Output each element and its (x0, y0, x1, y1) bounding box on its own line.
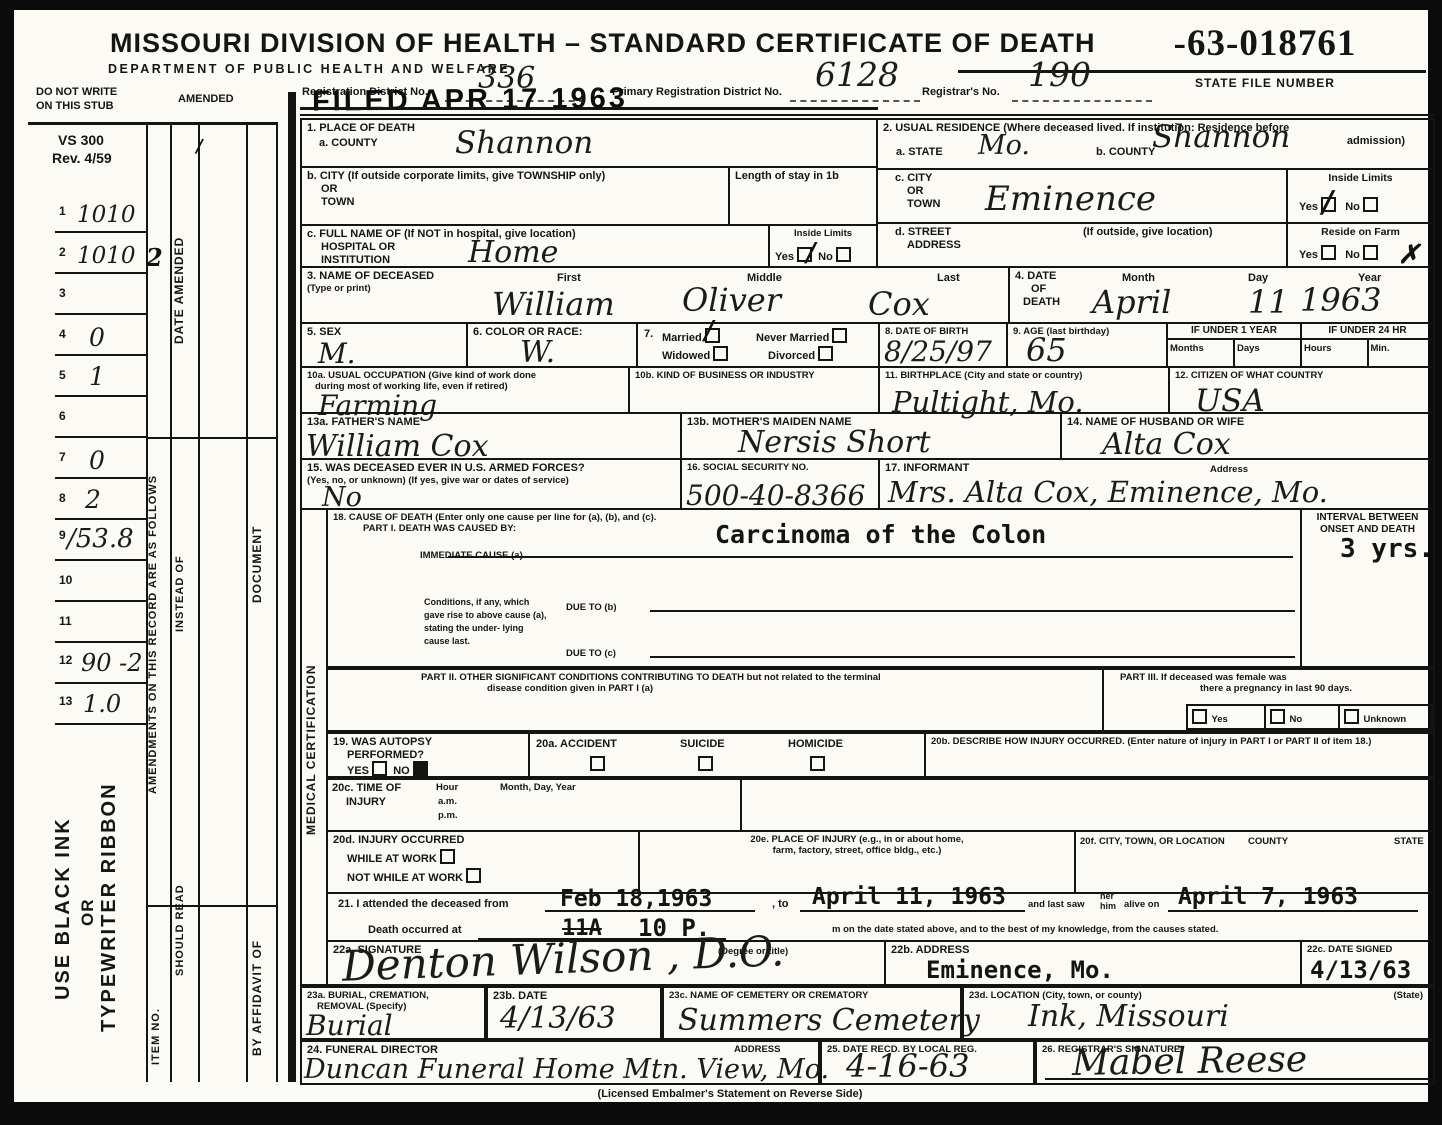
stub-row: 1290 -2 (55, 643, 147, 684)
last-label: Last (937, 272, 960, 285)
city-town-box: b. CITY (If outside corporate limits, gi… (300, 166, 730, 226)
pregnancy-yes-checkbox (1192, 709, 1207, 724)
dob-value: 8/25/97 (884, 338, 992, 366)
part3-box: PART III. If deceased was female was the… (1102, 668, 1435, 732)
married-check-mark: ∕ (704, 318, 714, 344)
stub-row: 11 (55, 602, 147, 643)
pregnancy-no-cell: No (1264, 704, 1340, 730)
state-file-label: STATE FILE NUMBER (1100, 76, 1430, 90)
pregnancy-unknown-cell: Unknown (1338, 704, 1433, 730)
inside-limits-label: Inside Limits (1293, 172, 1428, 185)
while-at-work-checkbox (440, 849, 455, 864)
stub-row-number: 2 (59, 245, 66, 259)
no-label: No (1345, 249, 1360, 261)
state-label: a. STATE (896, 146, 943, 159)
stub-grid-line (246, 124, 248, 1082)
divider (300, 107, 878, 110)
time-injury-label: 20c. TIME OF (332, 782, 401, 795)
stub-row: 131.0 (55, 684, 147, 725)
underline (545, 910, 755, 912)
stub-row: 70 (55, 438, 147, 479)
stub-row-number: 6 (59, 409, 66, 423)
time-of-injury-box: 20c. TIME OF INJURY Hour a.m. p.m. Month… (326, 778, 742, 832)
registrar-signature-value: Mabel Reese (1072, 1042, 1308, 1082)
ssn-value: 500-40-8366 (686, 482, 865, 510)
divorced-checkbox (818, 346, 833, 361)
pregnancy-yes-cell: Yes (1186, 704, 1266, 730)
attended-from-value: Feb 18,1963 (560, 888, 712, 911)
injury-continuation-box (740, 778, 1435, 832)
autopsy-no-label: NO (393, 765, 410, 777)
not-while-at-work-checkbox (466, 868, 481, 883)
birthplace-label: 11. BIRTHPLACE (City and state or countr… (885, 370, 1163, 381)
her-him-label: herhim (1100, 892, 1116, 912)
business-box: 10b. KIND OF BUSINESS OR INDUSTRY (628, 366, 880, 414)
date-received-value: 4-16-63 (846, 1050, 969, 1082)
inside-limits-1-box: Inside Limits Yes No (768, 224, 878, 268)
due-to-c-label: DUE TO (c) (566, 648, 616, 659)
if-under-1-year-box: IF UNDER 1 YEAR Months Days (1166, 322, 1302, 368)
dod-day-value: 11 (1248, 286, 1289, 318)
armed-forces-note: (Yes, no, or unknown) (If yes, give war … (307, 475, 675, 486)
stub-row-number: 8 (59, 491, 66, 505)
registrar-no-value: 190 (1028, 58, 1091, 91)
month-day-year-label: Month, Day, Year (500, 782, 576, 793)
stub-row-number: 10 (59, 573, 72, 587)
divorced-label: Divorced (768, 350, 815, 362)
last-name-value: Cox (868, 288, 930, 320)
underline (800, 910, 1025, 912)
typewriter-ribbon-label: TYPEWRITER RIBBON (98, 762, 121, 1052)
city-label: b. CITY (If outside corporate limits, gi… (307, 170, 723, 183)
suicide-label: SUICIDE (680, 738, 725, 751)
should-read-label: SHOULD READ (174, 855, 186, 1005)
homicide-checkbox (810, 756, 825, 771)
stub-row-value: 90 -2 (81, 651, 143, 675)
married-label: Married (662, 332, 702, 344)
autopsy-box: 19. WAS AUTOPSY PERFORMED? YES NO (326, 732, 530, 778)
yes-label: Yes (775, 251, 794, 263)
last-saw-label: and last saw (1028, 899, 1085, 910)
dod-month-value: April (1092, 286, 1171, 318)
stub-grid-line (198, 124, 200, 1082)
primary-district-label: Primary Registration District No. (612, 86, 782, 99)
death-occurred-label: Death occurred at (368, 924, 462, 937)
her-label: her (1100, 891, 1114, 901)
place-of-injury-label2: farm, factory, street, office bldg., etc… (645, 845, 1069, 856)
stub-row-value: 1 (89, 364, 105, 389)
county-label: a. COUNTY (319, 137, 871, 150)
stub-row-value: 1010 (77, 245, 136, 268)
no-checkbox (836, 247, 851, 262)
fill-line (790, 100, 920, 102)
last-seen-value: April 7, 1963 (1178, 886, 1358, 909)
cemetery-value: Summers Cemetery (678, 1006, 980, 1036)
medical-certification-label: MEDICAL CERTIFICATION (304, 560, 318, 940)
business-label: 10b. KIND OF BUSINESS OR INDUSTRY (635, 370, 873, 381)
him-label: him (1100, 901, 1116, 911)
dod-year-value: 1963 (1300, 284, 1381, 316)
length-of-stay-label: Length of stay in 1b (735, 170, 871, 183)
stub-grid-line (146, 905, 278, 907)
never-married-checkbox (832, 328, 847, 343)
no-check-mark: ✗ (1398, 242, 1420, 268)
stub-row-number: 11 (59, 614, 72, 628)
pregnancy-no-checkbox (1270, 709, 1285, 724)
death-certificate-scan: MISSOURI DIVISION OF HEALTH – STANDARD C… (0, 0, 1442, 1125)
informant-value: Mrs. Alta Cox, Eminence, Mo. (888, 478, 1328, 507)
yes-check-mark: ∕ (1322, 188, 1333, 218)
pregnancy-unknown-label: Unknown (1363, 714, 1406, 725)
stub-row-number: 5 (59, 368, 66, 382)
date-amended-label: DATE AMENDED (172, 150, 186, 430)
armed-forces-value: No (322, 484, 362, 511)
injury-occurred-box: 20d. INJURY OCCURRED WHILE AT WORK NOT W… (326, 830, 640, 894)
hour-label: Hour (436, 782, 458, 793)
state-file-number: -63-018761 (1100, 22, 1430, 65)
name-label: 3. NAME OF DECEASED (307, 270, 1003, 283)
street-note: (If outside, give location) (1083, 226, 1213, 239)
use-black-ink-label: USE BLACK INK (52, 778, 75, 1040)
not-while-at-work-label: NOT WHILE AT WORK (347, 872, 463, 884)
no-checkbox (1363, 245, 1378, 260)
stub-row: 3 (55, 274, 147, 315)
amended-label: AMENDED (178, 93, 234, 106)
yes-label: Yes (1299, 249, 1318, 261)
stub-row-value: 1.0 (83, 692, 121, 716)
describe-injury-box: 20b. DESCRIBE HOW INJURY OCCURRED. (Ente… (924, 732, 1435, 778)
conditions-note: Conditions, if any, which gave rise to a… (424, 596, 550, 648)
describe-injury-label: 20b. DESCRIBE HOW INJURY OCCURRED. (Ente… (931, 736, 1428, 747)
marital-number: 7. (644, 328, 653, 341)
time-injury-label2: INJURY (346, 796, 386, 809)
stub-row-number: 1 (59, 204, 66, 218)
town-text: TOWN (321, 196, 723, 209)
place-of-injury-label: 20e. PLACE OF INJURY (e.g., in or about … (645, 834, 1069, 845)
stub-row-value: 1010 (77, 204, 136, 227)
first-label: First (557, 272, 581, 285)
yes-label: Yes (1299, 201, 1318, 213)
no-checkbox (1363, 197, 1378, 212)
or-label: OR (78, 882, 98, 942)
spouse-value: Alta Cox (1102, 430, 1231, 460)
department-subtitle: DEPARTMENT OF PUBLIC HEALTH AND WELFARE (108, 62, 510, 76)
inside-limits-label: Inside Limits (775, 228, 871, 239)
cause-underline (448, 556, 1293, 558)
suicide-checkbox (698, 756, 713, 771)
ssn-label: 16. SOCIAL SECURITY NO. (687, 462, 873, 473)
part3-label2: there a pregnancy in last 90 days. (1200, 683, 1433, 694)
attended-label: 21. I attended the deceased from (338, 898, 509, 911)
part2-label: PART II. OTHER SIGNIFICANT CONDITIONS CO… (421, 672, 1097, 683)
race-value: W. (520, 338, 555, 368)
informant-address-label: Address (1210, 464, 1248, 475)
stub-rows: 11010 21010 3 40 51 6 70 82 9/53.8 10 11… (55, 192, 147, 725)
stub-row-value: 0 (89, 325, 105, 350)
stub-row-number: 9 (59, 528, 66, 542)
due-b-underline (650, 610, 1295, 612)
while-at-work-label: WHILE AT WORK (347, 853, 437, 865)
county-value: Shannon (455, 128, 593, 159)
underline (1168, 910, 1418, 912)
embalmer-footer: (Licensed Embalmer's Statement on Revers… (500, 1088, 960, 1100)
cemetery-label: 23c. NAME OF CEMETERY OR CREMATORY (669, 990, 955, 1001)
amendments-label: AMENDMENTS ON THIS RECORD ARE AS FOLLOWS (147, 388, 159, 880)
yes-check-mark: ∕ (806, 240, 816, 266)
burial-type-value: Burial (306, 1012, 393, 1040)
inside-limits-2-box: Inside Limits Yes No (1286, 168, 1435, 224)
document-label: DOCUMENT (250, 498, 264, 630)
marital-status-box: 7. Married Never Married Widowed Divorce… (636, 322, 880, 368)
stray-mark: 2 (146, 246, 163, 270)
widowed-checkbox (713, 346, 728, 361)
days-label: Days (1235, 340, 1300, 366)
signer-address-value: Eminence, Mo. (926, 958, 1114, 982)
date-signed-label: 22c. DATE SIGNED (1307, 944, 1428, 955)
armed-forces-label: 15. WAS DECEASED EVER IN U.S. ARMED FORC… (307, 462, 675, 475)
no-label: No (1345, 201, 1360, 213)
stub-row-value: 0 (89, 448, 105, 473)
reside-on-farm-label: Reside on Farm (1293, 226, 1428, 239)
stub-grid-line (276, 124, 278, 1082)
stub-row: 21010 (55, 233, 147, 274)
instead-of-label: INSTEAD OF (174, 528, 186, 660)
autopsy-yes-checkbox (372, 761, 387, 776)
first-name-value: William (492, 288, 615, 320)
stub-row: 10 (55, 561, 147, 602)
date-signed-value: 4/13/63 (1310, 958, 1411, 982)
autopsy-label: 19. WAS AUTOPSY (333, 736, 523, 749)
middle-name-value: Oliver (682, 284, 781, 316)
burial-label: 23a. BURIAL, CREMATION, (307, 990, 479, 1001)
do-not-write-label: DO NOT WRITE ON THIS STUB (36, 86, 117, 114)
res-county-label: b. COUNTY (1096, 146, 1155, 159)
attended-to-label: , to (772, 898, 789, 911)
accident-suicide-homicide-box: 20a. ACCIDENT SUICIDE HOMICIDE (528, 732, 926, 778)
street-label2: ADDRESS (907, 239, 1281, 252)
stub-text: ON THIS STUB (36, 100, 114, 112)
fill-line (1012, 100, 1152, 102)
age-value: 65 (1026, 334, 1067, 366)
pm-label: p.m. (438, 810, 458, 821)
under-24-hr-label: IF UNDER 24 HR (1302, 324, 1433, 340)
stub-text: DO NOT WRITE (36, 86, 117, 98)
res-city-value: Eminence (985, 182, 1156, 216)
residence-label2: admission) (1347, 135, 1405, 148)
attended-to-value: April 11, 1963 (812, 886, 1006, 909)
due-to-b-label: DUE TO (b) (566, 602, 617, 613)
injury-occurred-label: 20d. INJURY OCCURRED (333, 834, 633, 847)
stub-row: 40 (55, 315, 147, 356)
street-address-box: d. STREET ADDRESS (If outside, give loca… (876, 222, 1288, 268)
stub-row: 11010 (55, 192, 147, 233)
state-note-label: (State) (1393, 990, 1423, 1001)
divider (28, 122, 278, 125)
informant-label: 17. INFORMANT (885, 462, 1428, 475)
father-name-label: 13a. FATHER'S NAME (307, 416, 675, 429)
injury-state-label: STATE (1394, 836, 1424, 847)
hours-label: Hours (1302, 340, 1369, 366)
primary-district-value: 6128 (815, 58, 899, 91)
registrar-no-label: Registrar's No. (922, 86, 1000, 99)
alive-on-label: alive on (1124, 899, 1159, 910)
part2-box: PART II. OTHER SIGNIFICANT CONDITIONS CO… (326, 668, 1104, 732)
signature-flourish (1045, 1078, 1430, 1080)
state-value: Mo. (978, 132, 1030, 159)
length-of-stay-box: Length of stay in 1b (728, 166, 878, 226)
res-county-value: Shannon (1152, 122, 1290, 153)
yes-checkbox (1321, 245, 1336, 260)
stub-grid-line (146, 437, 278, 439)
or-text: OR (321, 183, 723, 196)
hospital-value: Home (468, 238, 558, 268)
stub-row: 82 (55, 479, 147, 520)
stub-row-number: 12 (59, 653, 72, 667)
part2-label2: disease condition given in PART I (a) (487, 683, 1097, 694)
interval-value: 3 yrs. (1340, 536, 1434, 562)
homicide-label: HOMICIDE (788, 738, 843, 751)
fold-bar (288, 92, 296, 1082)
stub-row: 51 (55, 356, 147, 397)
autopsy-yes-label: YES (347, 765, 369, 777)
due-c-underline (650, 656, 1295, 658)
if-under-24-hr-box: IF UNDER 24 HR Hours Min. (1300, 322, 1435, 368)
widowed-label: Widowed (662, 350, 710, 362)
form-number: VS 300 (58, 132, 104, 148)
stub-row: 6 (55, 397, 147, 438)
stub-row-value: 2 (85, 487, 101, 512)
am-label: a.m. (438, 796, 457, 807)
sex-value: M. (318, 340, 356, 368)
min-label: Min. (1369, 340, 1434, 366)
under-1-year-label: IF UNDER 1 YEAR (1168, 324, 1300, 340)
stub-row-number: 4 (59, 327, 66, 341)
pregnancy-options: Yes No Unknown (1186, 704, 1433, 730)
form-revision: Rev. 4/59 (52, 150, 112, 166)
occupation-label: 10a. USUAL OCCUPATION (Give kind of work… (307, 370, 623, 381)
cause-of-death-value: Carcinoma of the Colon (715, 522, 1046, 547)
pregnancy-unknown-checkbox (1344, 709, 1359, 724)
citizen-label: 12. CITIZEN OF WHAT COUNTRY (1175, 370, 1428, 381)
pregnancy-yes-label: Yes (1211, 714, 1227, 725)
never-married-label: Never Married (756, 332, 829, 344)
autopsy-no-checkbox (413, 761, 428, 776)
accident-checkbox (590, 756, 605, 771)
funeral-director-value: Duncan Funeral Home Mtn. View, Mo. (304, 1056, 829, 1083)
mother-name-value: Nersis Short (738, 428, 931, 458)
divider (300, 114, 1435, 116)
injury-county-label: COUNTY (1248, 836, 1288, 847)
stub-row-value: /53.8 (67, 526, 134, 552)
stub-row: 9/53.8 (55, 520, 147, 561)
stub-row-number: 3 (59, 286, 66, 300)
interval-label1: INTERVAL BETWEEN (1307, 512, 1428, 524)
interval-box: INTERVAL BETWEEN ONSET AND DEATH (1300, 508, 1435, 668)
accident-label: 20a. ACCIDENT (536, 738, 617, 751)
stub-row-number: 7 (59, 450, 66, 464)
injury-city-label: 20f. CITY, TOWN, OR LOCATION (1080, 836, 1225, 847)
by-affidavit-label: BY AFFIDAVIT OF (250, 912, 264, 1084)
burial-location-value: Ink, Missouri (1028, 1002, 1229, 1032)
death-statement-label: m on the date stated above, and to the b… (832, 924, 1218, 935)
no-label: No (818, 251, 833, 263)
burial-date-value: 4/13/63 (500, 1004, 616, 1034)
part3-label: PART III. If deceased was female was (1120, 672, 1429, 683)
pregnancy-no-label: No (1289, 714, 1302, 725)
item-no-label: ITEM NO. (150, 992, 162, 1082)
months-label: Months (1168, 340, 1235, 366)
stub-row-number: 13 (59, 694, 72, 708)
